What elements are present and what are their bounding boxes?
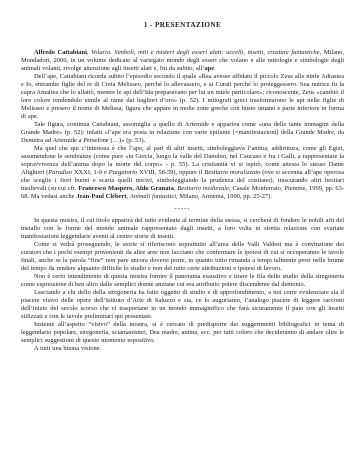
document-page: 1 - PRESENTAZIONE Alfredo Cattabiani, Vo… <box>0 0 360 466</box>
text-run: ----- <box>175 205 191 212</box>
text-run: XVIII, 58-59), oppure il <box>137 169 204 176</box>
section-divider: ----- <box>21 205 344 213</box>
text-run: . <box>214 65 216 72</box>
text-run: A tutti una buona visione. <box>34 345 101 352</box>
text-run: In questa mostra, il cui titolo apparirà… <box>21 217 344 240</box>
text-run: Jean-Paul Clébert <box>76 193 126 200</box>
text-run: ape <box>204 65 214 72</box>
paragraph: Ma quel che qui c’interessa è che l’ape,… <box>21 145 344 201</box>
document-body: Alfredo Cattabiani, Volario. Simboli, mi… <box>21 49 344 353</box>
text-run: Francesco Maspero, Aldo Granata <box>78 185 174 192</box>
text-run: , Milano, Armenia, 1990, pp. 25-27). <box>176 193 272 200</box>
text-run: Bestiario moralizzato <box>204 169 260 176</box>
paragraph: Come si vedrà proseguendo, le storie si … <box>21 241 344 273</box>
text-run: Non è certo intendimento di questa mostr… <box>21 273 344 288</box>
paragraph: Dell’ape, Cattabiani ricorda subito l’ep… <box>21 73 344 121</box>
page-title: 1 - PRESENTAZIONE <box>21 21 344 29</box>
paragraph: Non è certo intendimento di questa mostr… <box>21 273 344 289</box>
text-run: Bestiario medievale <box>177 185 229 192</box>
text-run: Animali fantastici <box>130 193 176 200</box>
paragraph: Alfredo Cattabiani, Volario. Simboli, mi… <box>21 49 344 73</box>
text-run: Tale figura, continua Cattabiani, assomi… <box>21 121 344 144</box>
paragraph: A tutti una buona visione. <box>21 345 344 353</box>
text-run: Insieme all’aspetto “visivo” della mostr… <box>21 321 344 344</box>
paragraph: Lasciando a chi dello della stregoneria … <box>21 289 344 321</box>
text-run: Volario. Simboli, miti e misteri degli e… <box>91 49 320 56</box>
text-run: Lasciando a chi dello della stregoneria … <box>21 289 344 320</box>
text-run: Come si vedrà proseguendo, le storie si … <box>21 241 344 272</box>
paragraph: Tale figura, continua Cattabiani, assomi… <box>21 121 344 145</box>
text-run: XXXI, 1-9 e <box>72 169 109 176</box>
text-run: Dell’ape, Cattabiani ricorda subito l’ep… <box>21 73 344 120</box>
text-run: Paradiso <box>48 169 72 176</box>
paragraph: Insieme all’aspetto “visivo” della mostr… <box>21 321 344 345</box>
text-run: Purgatorio <box>109 169 137 176</box>
text-run: Alfredo Cattabiani <box>34 49 87 56</box>
paragraph: In questa mostra, il cui titolo apparirà… <box>21 217 344 241</box>
